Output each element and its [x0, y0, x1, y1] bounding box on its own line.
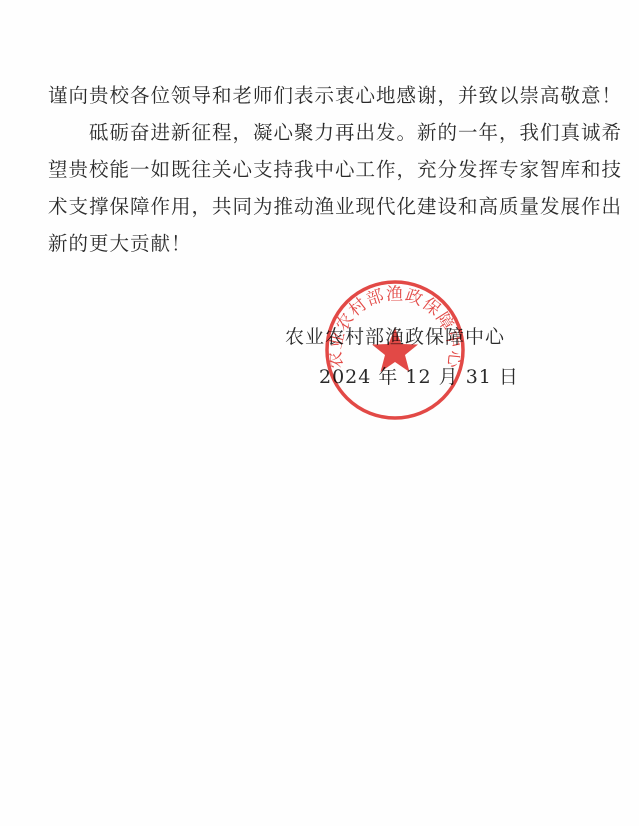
body-text-line: 谨向贵校各位领导和老师们表示衷心地感谢，并致以崇高敬意！ [48, 84, 622, 108]
body-text-line: 砥砺奋进新征程，凝心聚力再出发。新的一年，我们真诚希 [89, 121, 622, 145]
body-text-line: 新的更大贡献！ [48, 232, 192, 256]
document-page: 谨向贵校各位领导和老师们表示衷心地感谢，并致以崇高敬意！ 砥砺奋进新征程，凝心聚… [0, 0, 639, 826]
star-icon [372, 328, 418, 372]
official-seal-icon: 农业农村部渔政保障中心 [323, 278, 467, 422]
body-text-line: 望贵校能一如既往关心支持我中心工作，充分发挥专家智库和技 [48, 158, 622, 182]
body-text-line: 术支撑保障作用，共同为推动渔业现代化建设和高质量发展作出 [48, 195, 622, 219]
